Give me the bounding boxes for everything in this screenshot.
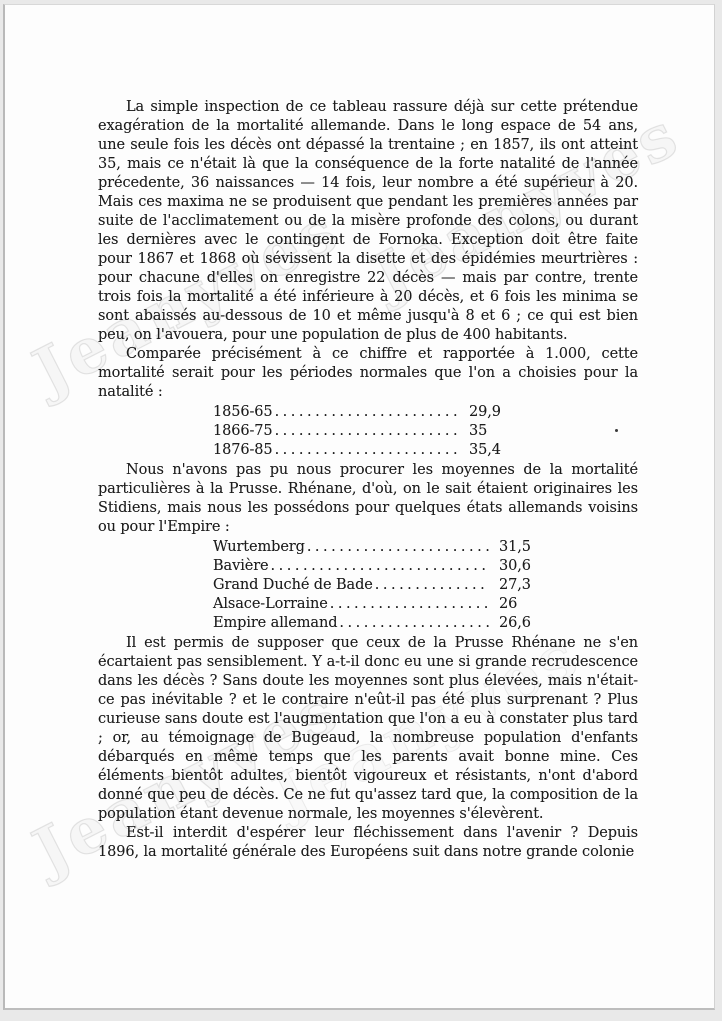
row-value: 35,4 bbox=[461, 441, 513, 460]
table-row: Grand Duché de Bade 27,3 bbox=[213, 576, 543, 595]
row-value: 26,6 bbox=[491, 614, 543, 633]
row-label: 1866-75 bbox=[213, 422, 273, 441]
leader-dots bbox=[275, 441, 459, 460]
row-label: Grand Duché de Bade bbox=[213, 576, 373, 595]
table-row: Wurtemberg 31,5 bbox=[213, 538, 543, 557]
table-row: Empire allemand 26,6 bbox=[213, 614, 543, 633]
paragraph-2: Comparée précisément à ce chiffre et rap… bbox=[98, 345, 638, 402]
row-label: 1876-85 bbox=[213, 441, 273, 460]
leader-dots bbox=[271, 557, 489, 576]
table-row: Bavière 30,6 bbox=[213, 557, 543, 576]
row-value: 30,6 bbox=[491, 557, 543, 576]
paragraph-5: Est-il interdit d'espérer leur fléchisse… bbox=[98, 824, 638, 862]
leader-dots bbox=[307, 538, 489, 557]
table-row: 1866-75 35 bbox=[213, 422, 513, 441]
page-text: La simple inspection de ce tableau rassu… bbox=[98, 98, 638, 862]
row-value: 31,5 bbox=[491, 538, 543, 557]
leader-dots bbox=[275, 403, 459, 422]
leader-dots bbox=[330, 595, 489, 614]
paragraph-4: Il est permis de supposer que ceux de la… bbox=[98, 634, 638, 824]
row-label: Bavière bbox=[213, 557, 269, 576]
row-value: 27,3 bbox=[491, 576, 543, 595]
row-label: 1856-65 bbox=[213, 403, 273, 422]
table-row: Alsace-Lorraine 26 bbox=[213, 595, 543, 614]
leader-dots bbox=[375, 576, 489, 595]
row-label: Empire allemand bbox=[213, 614, 337, 633]
paragraph-3: Nous n'avons pas pu nous procurer les mo… bbox=[98, 461, 638, 537]
row-label: Alsace-Lorraine bbox=[213, 595, 328, 614]
table-row: 1876-85 35,4 bbox=[213, 441, 513, 460]
row-label: Wurtemberg bbox=[213, 538, 305, 557]
leader-dots bbox=[275, 422, 459, 441]
table-row: 1856-65 29,9 bbox=[213, 403, 513, 422]
german-states-mortality-table: Wurtemberg 31,5 Bavière 30,6 Grand Duché… bbox=[213, 538, 543, 633]
row-value: 26 bbox=[491, 595, 543, 614]
row-value: 29,9 bbox=[461, 403, 513, 422]
natality-rates-table: 1856-65 29,9 1866-75 35 1876-85 35,4 bbox=[213, 403, 513, 460]
scanned-page: Jeanyves Jeanyves Jeanyves Jeanyves La s… bbox=[3, 4, 715, 1010]
leader-dots bbox=[339, 614, 489, 633]
row-value: 35 bbox=[461, 422, 513, 441]
paragraph-1: La simple inspection de ce tableau rassu… bbox=[98, 98, 638, 345]
